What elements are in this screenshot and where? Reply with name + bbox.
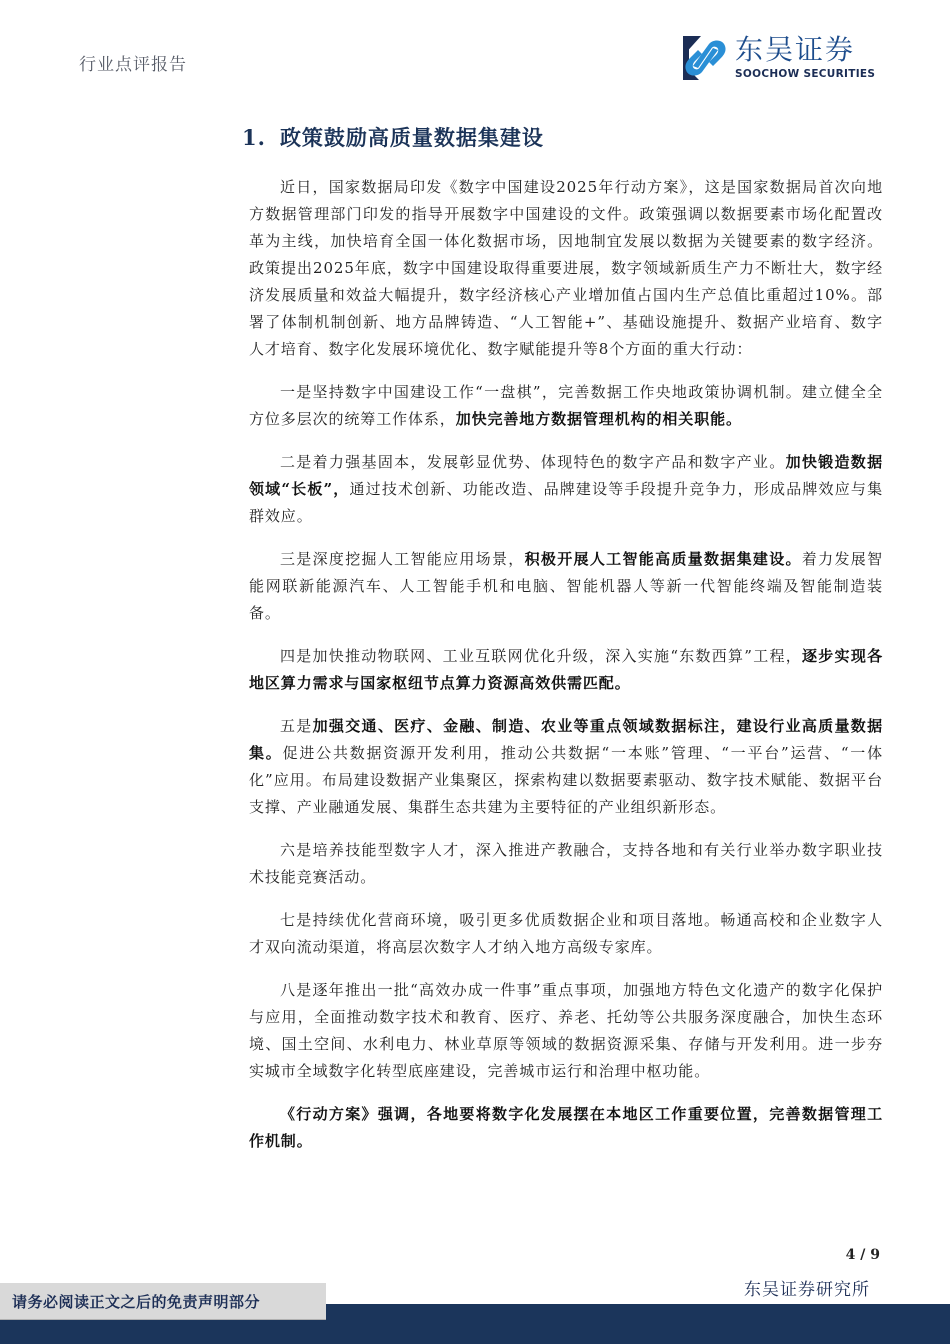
logo-name-en: SOOCHOW SECURITIES [735, 68, 875, 80]
paragraph-action-1: 一是坚持数字中国建设工作“一盘棋”，完善数据工作央地政策协调机制。建立健全全方位… [249, 379, 883, 433]
section-title-text: 政策鼓励高质量数据集建设 [280, 125, 544, 150]
text-segment: 二是着力强基固本，发展彰显优势、体现特色的数字产品和数字产业。 [280, 453, 786, 471]
text-segment: 促进公共数据资源开发利用，推动公共数据“一本账”管理、“一平台”运营、“一体化”… [249, 744, 883, 816]
article-body: 近日，国家数据局印发《数字中国建设2025年行动方案》，这是国家数据局首次向地方… [249, 174, 883, 1171]
text-segment: 四是加快推动物联网、工业互联网优化升级，深入实施“东数西算”工程， [280, 647, 802, 665]
footer-organization: 东吴证券研究所 [744, 1275, 870, 1300]
text-segment: 六是培养技能型数字人才，深入推进产教融合，支持各地和有关行业举办数字职业技术技能… [249, 841, 883, 886]
disclaimer-notice: 请务必阅读正文之后的免责声明部分 [0, 1283, 326, 1320]
text-segment: 近日，国家数据局印发《数字中国建设2025年行动方案》，这是国家数据局首次向地方… [249, 178, 883, 358]
paragraph-action-8: 八是逐年推出一批“高效办成一件事”重点事项，加强地方特色文化遗产的数字化保护与应… [249, 977, 883, 1085]
disclaimer-text: 请务必阅读正文之后的免责声明部分 [12, 1291, 260, 1312]
company-logo: 东吴证券 SOOCHOW SECURITIES [683, 36, 883, 82]
bold-segment: 加快完善地方数据管理机构的相关职能。 [456, 410, 742, 428]
text-segment: 八是逐年推出一批“高效办成一件事”重点事项，加强地方特色文化遗产的数字化保护与应… [249, 981, 883, 1080]
page-number: 4 / 9 [846, 1247, 880, 1263]
section-heading: 1.政策鼓励高质量数据集建设 [242, 122, 544, 152]
section-number: 1. [242, 125, 266, 150]
bold-segment: 积极开展人工智能高质量数据集建设。 [525, 550, 802, 568]
paragraph-action-6: 六是培养技能型数字人才，深入推进产教融合，支持各地和有关行业举办数字职业技术技能… [249, 837, 883, 891]
paragraph-action-5: 五是加强交通、医疗、金融、制造、农业等重点领域数据标注，建设行业高质量数据集。促… [249, 713, 883, 821]
paragraph-intro: 近日，国家数据局印发《数字中国建设2025年行动方案》，这是国家数据局首次向地方… [249, 174, 883, 363]
paragraph-action-7: 七是持续优化营商环境，吸引更多优质数据企业和项目落地。畅通高校和企业数字人才双向… [249, 907, 883, 961]
text-segment: 七是持续优化营商环境，吸引更多优质数据企业和项目落地。畅通高校和企业数字人才双向… [249, 911, 883, 956]
paragraph-action-2: 二是着力强基固本，发展彰显优势、体现特色的数字产品和数字产业。加快锻造数据领域“… [249, 449, 883, 530]
bold-segment: 《行动方案》强调，各地要将数字化发展摆在本地区工作重要位置，完善数据管理工作机制… [249, 1105, 883, 1150]
soochow-logo-icon [683, 36, 728, 80]
text-segment: 三是深度挖掘人工智能应用场景， [280, 550, 525, 568]
text-segment: 五是 [280, 717, 313, 735]
report-type-label: 行业点评报告 [79, 50, 187, 75]
paragraph-action-4: 四是加快推动物联网、工业互联网优化升级，深入实施“东数西算”工程，逐步实现各地区… [249, 643, 883, 697]
paragraph-conclusion: 《行动方案》强调，各地要将数字化发展摆在本地区工作重要位置，完善数据管理工作机制… [249, 1101, 883, 1155]
logo-name-cn: 东吴证券 [735, 33, 855, 67]
paragraph-action-3: 三是深度挖掘人工智能应用场景，积极开展人工智能高质量数据集建设。着力发展智能网联… [249, 546, 883, 627]
